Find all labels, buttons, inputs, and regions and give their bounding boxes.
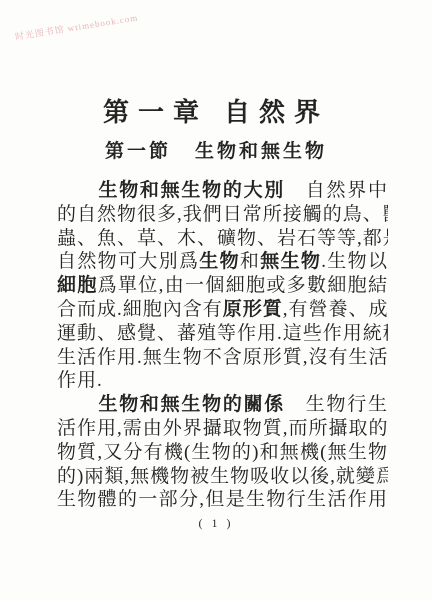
bold-term: 生物和無生物的大別 [98, 180, 285, 201]
text-run: 爲單位,由一個細胞或多數細胞結 [98, 275, 388, 296]
text-run: 生物行生 [285, 394, 388, 415]
chapter-title: 第一章自然界 [0, 0, 432, 128]
text-line: 生物和無生物的大別 自然界中 [57, 179, 388, 203]
text-line: 生活作用.無生物不含原形質,沒有生活 [57, 346, 388, 370]
text-line: 的)兩類,無機物被生物吸收以後,就變爲 [57, 465, 388, 489]
text-run: 運動、感覺、蕃殖等作用.這些作用統稱爲 [57, 323, 388, 344]
bold-term: 細胞 [57, 275, 98, 296]
bold-term: 原形質 [223, 299, 283, 320]
text-run: 的自然物很多,我們日常所接觸的鳥、獸、 [57, 204, 388, 225]
text-run: .生物以 [321, 251, 388, 272]
text-line: 活作用,需由外界攝取物質,而所攝取的 [57, 417, 388, 441]
text-run [57, 180, 98, 201]
text-run: 作用. [57, 370, 103, 391]
paragraph: 生物和無生物的大別 自然界中的自然物很多,我們日常所接觸的鳥、獸、蟲、魚、草、木… [57, 179, 388, 393]
bold-term: 無生物 [260, 251, 321, 272]
text-run: 活作用,需由外界攝取物質,而所攝取的 [57, 418, 388, 439]
text-run: 自然物可大別爲 [57, 251, 199, 272]
text-run: 自然界中 [285, 180, 388, 201]
text-run: 的)兩類,無機物被生物吸收以後,就變爲 [57, 466, 388, 487]
text-run: ,有營養、成長、 [283, 299, 388, 320]
section-name: 生物和無生物 [195, 141, 327, 162]
book-page: 时光图书馆 wtimebook.com 第一章自然界 第一節生物和無生物 生物和… [0, 0, 432, 600]
text-run: 生物體的一部分,但是生物行生活作用 [57, 489, 388, 510]
text-line: 生物體的一部分,但是生物行生活作用 [57, 488, 388, 512]
text-run [57, 394, 98, 415]
text-line: 運動、感覺、蕃殖等作用.這些作用統稱爲 [57, 322, 388, 346]
paragraph: 生物和無生物的關係 生物行生活作用,需由外界攝取物質,而所攝取的物質,又分有機(… [57, 393, 388, 512]
text-line: 生物和無生物的關係 生物行生 [57, 393, 388, 417]
text-line: 細胞爲單位,由一個細胞或多數細胞結 [57, 274, 388, 298]
bold-term: 生物 [199, 251, 240, 272]
text-line: 作用. [57, 369, 388, 393]
bold-term: 生物和無生物的關係 [98, 394, 285, 415]
text-line: 的自然物很多,我們日常所接觸的鳥、獸、 [57, 203, 388, 227]
section-label: 第一節 [105, 141, 171, 162]
chapter-name: 自然界 [224, 98, 329, 127]
body-text: 生物和無生物的大別 自然界中的自然物很多,我們日常所接觸的鳥、獸、蟲、魚、草、木… [57, 179, 388, 512]
text-run: 和 [240, 251, 260, 272]
text-run: 蟲、魚、草、木、礦物、岩石等等,都是自然物, [57, 228, 388, 249]
chapter-label: 第一章 [103, 98, 208, 127]
text-line: 自然物可大別爲生物和無生物.生物以 [57, 250, 388, 274]
text-run: 合而成.細胞內含有 [57, 299, 223, 320]
text-run: 生活作用.無生物不含原形質,沒有生活 [57, 347, 388, 368]
section-title: 第一節生物和無生物 [0, 128, 432, 164]
page-number: ( 1 ) [0, 516, 432, 531]
text-line: 物質,又分有機(生物的)和無機(無生物 [57, 441, 388, 465]
text-run: 物質,又分有機(生物的)和無機(無生物 [57, 442, 388, 463]
text-line: 合而成.細胞內含有原形質,有營養、成長、 [57, 298, 388, 322]
text-line: 蟲、魚、草、木、礦物、岩石等等,都是自然物, [57, 227, 388, 251]
